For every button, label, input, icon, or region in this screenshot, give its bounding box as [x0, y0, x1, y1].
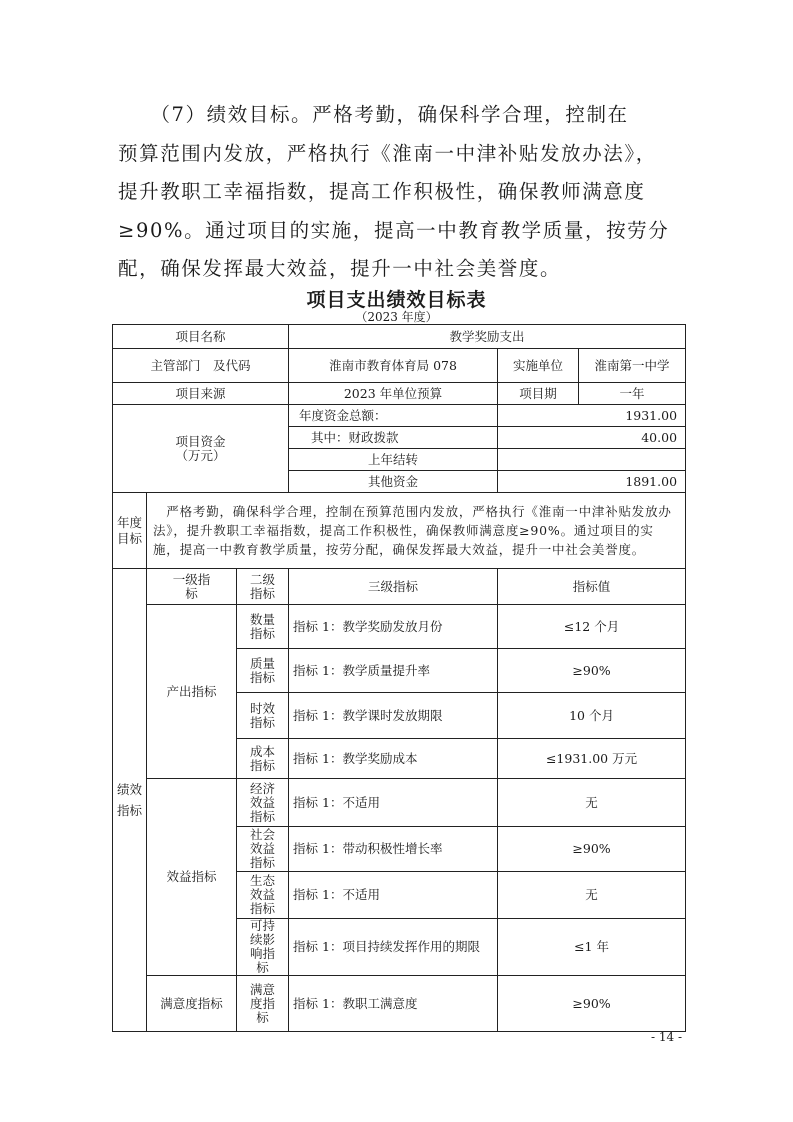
header-level1: 一级指标 — [147, 569, 237, 605]
funds-row-label: 其中：财政拨款 — [289, 427, 498, 449]
impl-unit-label: 实施单位 — [498, 349, 579, 383]
funds-row-value: 1891.00 — [498, 471, 686, 493]
funds-label-line1: 项目资金 — [117, 435, 284, 449]
impl-unit-value: 淮南第一中学 — [579, 349, 686, 383]
funds-row-label: 其他资金 — [289, 471, 498, 493]
value-cell: ≤1931.00 万元 — [498, 739, 686, 779]
header-level2: 二级指标 — [237, 569, 289, 605]
body-paragraph: （7）绩效目标。严格考勤，确保科学合理，控制在 预算范围内发放，严格执行《淮南一… — [118, 96, 680, 289]
table-subtitle: （2023 年度） — [0, 308, 793, 325]
level2-cell: 时效指标 — [237, 693, 289, 739]
value-cell: ≥90% — [498, 976, 686, 1032]
funds-row-value: 1931.00 — [498, 405, 686, 427]
paragraph-line: 配，确保发挥最大效益，提升一中社会美誉度。 — [118, 250, 680, 289]
header-level3: 三级指标 — [289, 569, 498, 605]
value-cell: ≥90% — [498, 827, 686, 872]
funds-row-value: 40.00 — [498, 427, 686, 449]
header-value: 指标值 — [498, 569, 686, 605]
level3-cell: 指标 1：教学奖励成本 — [289, 739, 498, 779]
level2-cell: 生态效益指标 — [237, 872, 289, 919]
level1-output: 产出指标 — [147, 605, 237, 779]
value-cell: 无 — [498, 779, 686, 827]
value-cell: ≤12 个月 — [498, 605, 686, 649]
level2-cell: 社会效益指标 — [237, 827, 289, 872]
value-cell: 无 — [498, 872, 686, 919]
level2-cell: 满意度指标 — [237, 976, 289, 1032]
level3-cell: 指标 1：带动积极性增长率 — [289, 827, 498, 872]
dept-value: 淮南市教育体育局 078 — [289, 349, 498, 383]
paragraph-line: 提升教职工幸福指数，提高工作积极性，确保教师满意度 — [118, 173, 680, 212]
value-cell: ≤1 年 — [498, 919, 686, 976]
project-name-label: 项目名称 — [113, 325, 289, 349]
value-cell: ≥90% — [498, 649, 686, 693]
level2-cell: 经济效益指标 — [237, 779, 289, 827]
level3-cell: 指标 1：不适用 — [289, 872, 498, 919]
source-label: 项目来源 — [113, 383, 289, 405]
annual-goal-text: 严格考勤，确保科学合理，控制在预算范围内发放，严格执行《淮南一中津补贴发放办法》… — [147, 493, 686, 569]
level2-cell: 可持续影响指标 — [237, 919, 289, 976]
period-value: 一年 — [579, 383, 686, 405]
funds-row-label: 年度资金总额： — [289, 405, 498, 427]
level1-benefit: 效益指标 — [147, 779, 237, 976]
level2-cell: 数量指标 — [237, 605, 289, 649]
paragraph-line: ≥90%。通过项目的实施，提高一中教育教学质量，按劳分 — [118, 212, 680, 251]
value-cell: 10 个月 — [498, 693, 686, 739]
funds-row-value — [498, 449, 686, 471]
dept-label: 主管部门 及代码 — [113, 349, 289, 383]
period-label: 项目期 — [498, 383, 579, 405]
funds-row-label: 上年结转 — [289, 449, 498, 471]
level3-cell: 指标 1：教学课时发放期限 — [289, 693, 498, 739]
paragraph-line: 预算范围内发放，严格执行《淮南一中津补贴发放办法》， — [118, 135, 680, 174]
level3-cell: 指标 1：教学奖励发放月份 — [289, 605, 498, 649]
level3-cell: 指标 1：项目持续发挥作用的期限 — [289, 919, 498, 976]
project-name-value: 教学奖励支出 — [289, 325, 686, 349]
annual-goal-label: 年度目标 — [113, 493, 147, 569]
level3-cell: 指标 1：不适用 — [289, 779, 498, 827]
source-value: 2023 年单位预算 — [289, 383, 498, 405]
level3-cell: 指标 1：教职工满意度 — [289, 976, 498, 1032]
paragraph-line: （7）绩效目标。严格考勤，确保科学合理，控制在 — [118, 96, 680, 135]
level3-cell: 指标 1：教学质量提升率 — [289, 649, 498, 693]
funds-label: 项目资金 （万元） — [113, 405, 289, 493]
level2-cell: 成本指标 — [237, 739, 289, 779]
performance-goal-table: 项目名称 教学奖励支出 主管部门 及代码 淮南市教育体育局 078 实施单位 淮… — [112, 324, 686, 1032]
level2-cell: 质量指标 — [237, 649, 289, 693]
funds-label-line2: （万元） — [117, 449, 284, 463]
indicators-section-label: 绩效指标 — [113, 569, 147, 1032]
level1-satisfaction: 满意度指标 — [147, 976, 237, 1032]
page-number: - 14 - — [651, 1030, 682, 1044]
